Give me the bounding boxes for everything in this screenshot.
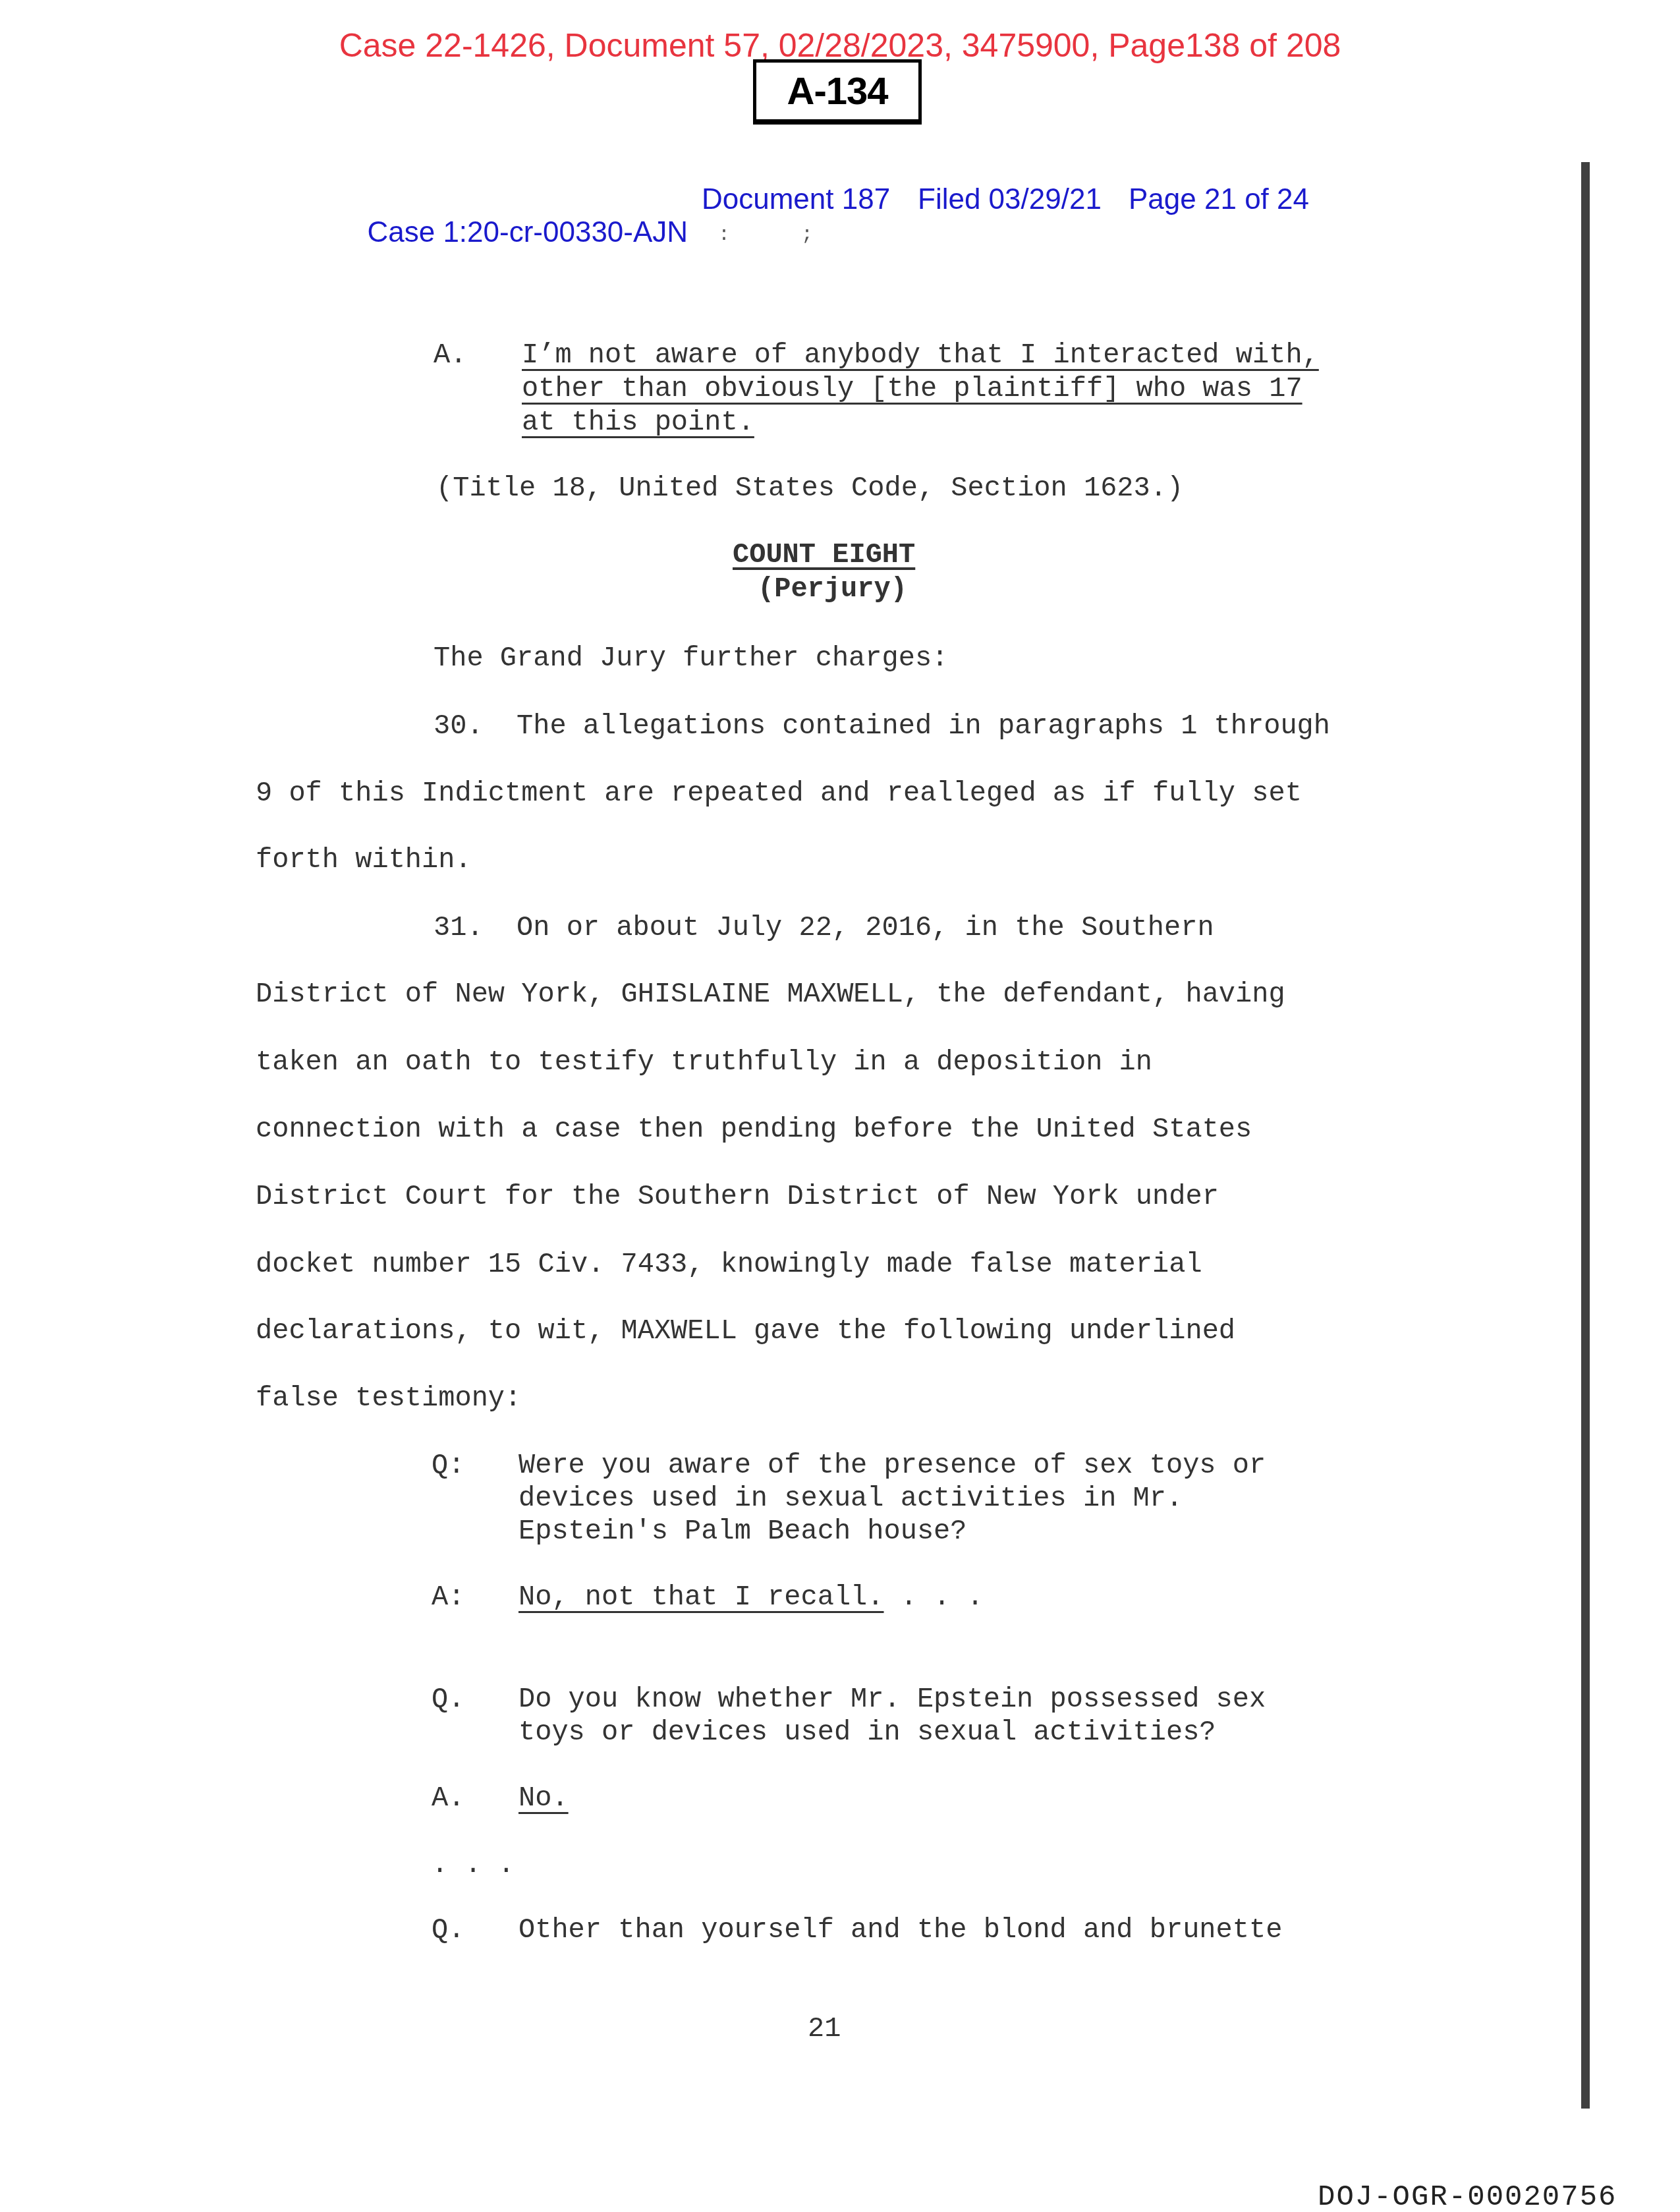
testimony-q1-label: Q: [432,1450,464,1481]
count-heading-title: COUNT EIGHT [733,539,915,571]
testimony-q3-label: Q. [432,1914,464,1946]
testimony-q2-line-1: Do you know whether Mr. Epstein possesse… [518,1684,1266,1715]
paragraph-31-line-1: 31. On or about July 22, 2016, in the So… [434,912,1214,944]
grand-jury-charges: The Grand Jury further charges: [434,642,948,674]
scan-marks: : ; [718,224,813,246]
testimony-q3-line-1: Other than yourself and the blond and br… [518,1914,1282,1946]
testimony-q2-label: Q. [432,1684,464,1715]
testimony-a1-answer: No, not that I recall. . . . [518,1581,984,1613]
district-document-number: Document 187 [702,183,890,216]
paragraph-30-line-1: 30. The allegations contained in paragra… [434,710,1330,742]
testimony-q1-line-1: Were you aware of the presence of sex to… [518,1450,1266,1481]
paragraph-31-line-2: District of New York, GHISLAINE MAXWELL,… [256,978,1285,1010]
district-filed-date: Filed 03/29/21 [918,183,1102,216]
district-page-count: Page 21 of 24 [1129,183,1309,216]
paragraph-31-line-8: false testimony: [256,1382,521,1414]
prior-answer-line-1: I’m not aware of anybody that I interact… [522,339,1319,371]
margin-bar [1581,162,1590,2109]
prior-answer-label: A. [434,339,466,371]
count-heading-subtitle: (Perjury) [758,573,907,605]
testimony-q1-line-3: Epstein's Palm Beach house? [518,1516,967,1547]
paragraph-31-line-5: District Court for the Southern District… [256,1181,1219,1212]
testimony-a1-trailing: . . . [884,1581,984,1613]
district-case-number: Case 1:20-cr-00330-AJN [367,216,688,248]
testimony-a2-underlined: No. [518,1782,569,1814]
statute-citation: (Title 18, United States Code, Section 1… [436,472,1183,504]
testimony-a2-label: A. [432,1782,464,1814]
bates-number: DOJ-OGR-00020756 [1318,2181,1617,2212]
testimony-q1-line-2: devices used in sexual activities in Mr. [518,1483,1183,1514]
paragraph-31-line-7: declarations, to wit, MAXWELL gave the f… [256,1315,1235,1347]
testimony-a1-label: A: [432,1581,464,1613]
paragraph-31-line-3: taken an oath to testify truthfully in a… [256,1046,1152,1078]
paragraph-31-line-6: docket number 15 Civ. 7433, knowingly ma… [256,1249,1202,1280]
paragraph-30-line-2: 9 of this Indictment are repeated and re… [256,778,1302,809]
district-case-stamp: Case 1:20-cr-00330-AJN [351,183,688,249]
prior-answer-line-2: other than obviously [the plaintiff] who… [522,373,1302,405]
testimony-q2-line-2: toys or devices used in sexual activitie… [518,1716,1216,1748]
paragraph-31-line-4: connection with a case then pending befo… [256,1114,1252,1145]
exhibit-label-box: A-134 [753,59,922,125]
paragraph-30-line-3: forth within. [256,844,472,876]
page-number: 21 [808,2013,841,2045]
prior-answer-line-3: at this point. [522,407,754,438]
testimony-ellipsis: . . . [432,1849,515,1881]
testimony-a1-underlined: No, not that I recall. [518,1581,884,1613]
exhibit-label: A-134 [787,69,888,113]
